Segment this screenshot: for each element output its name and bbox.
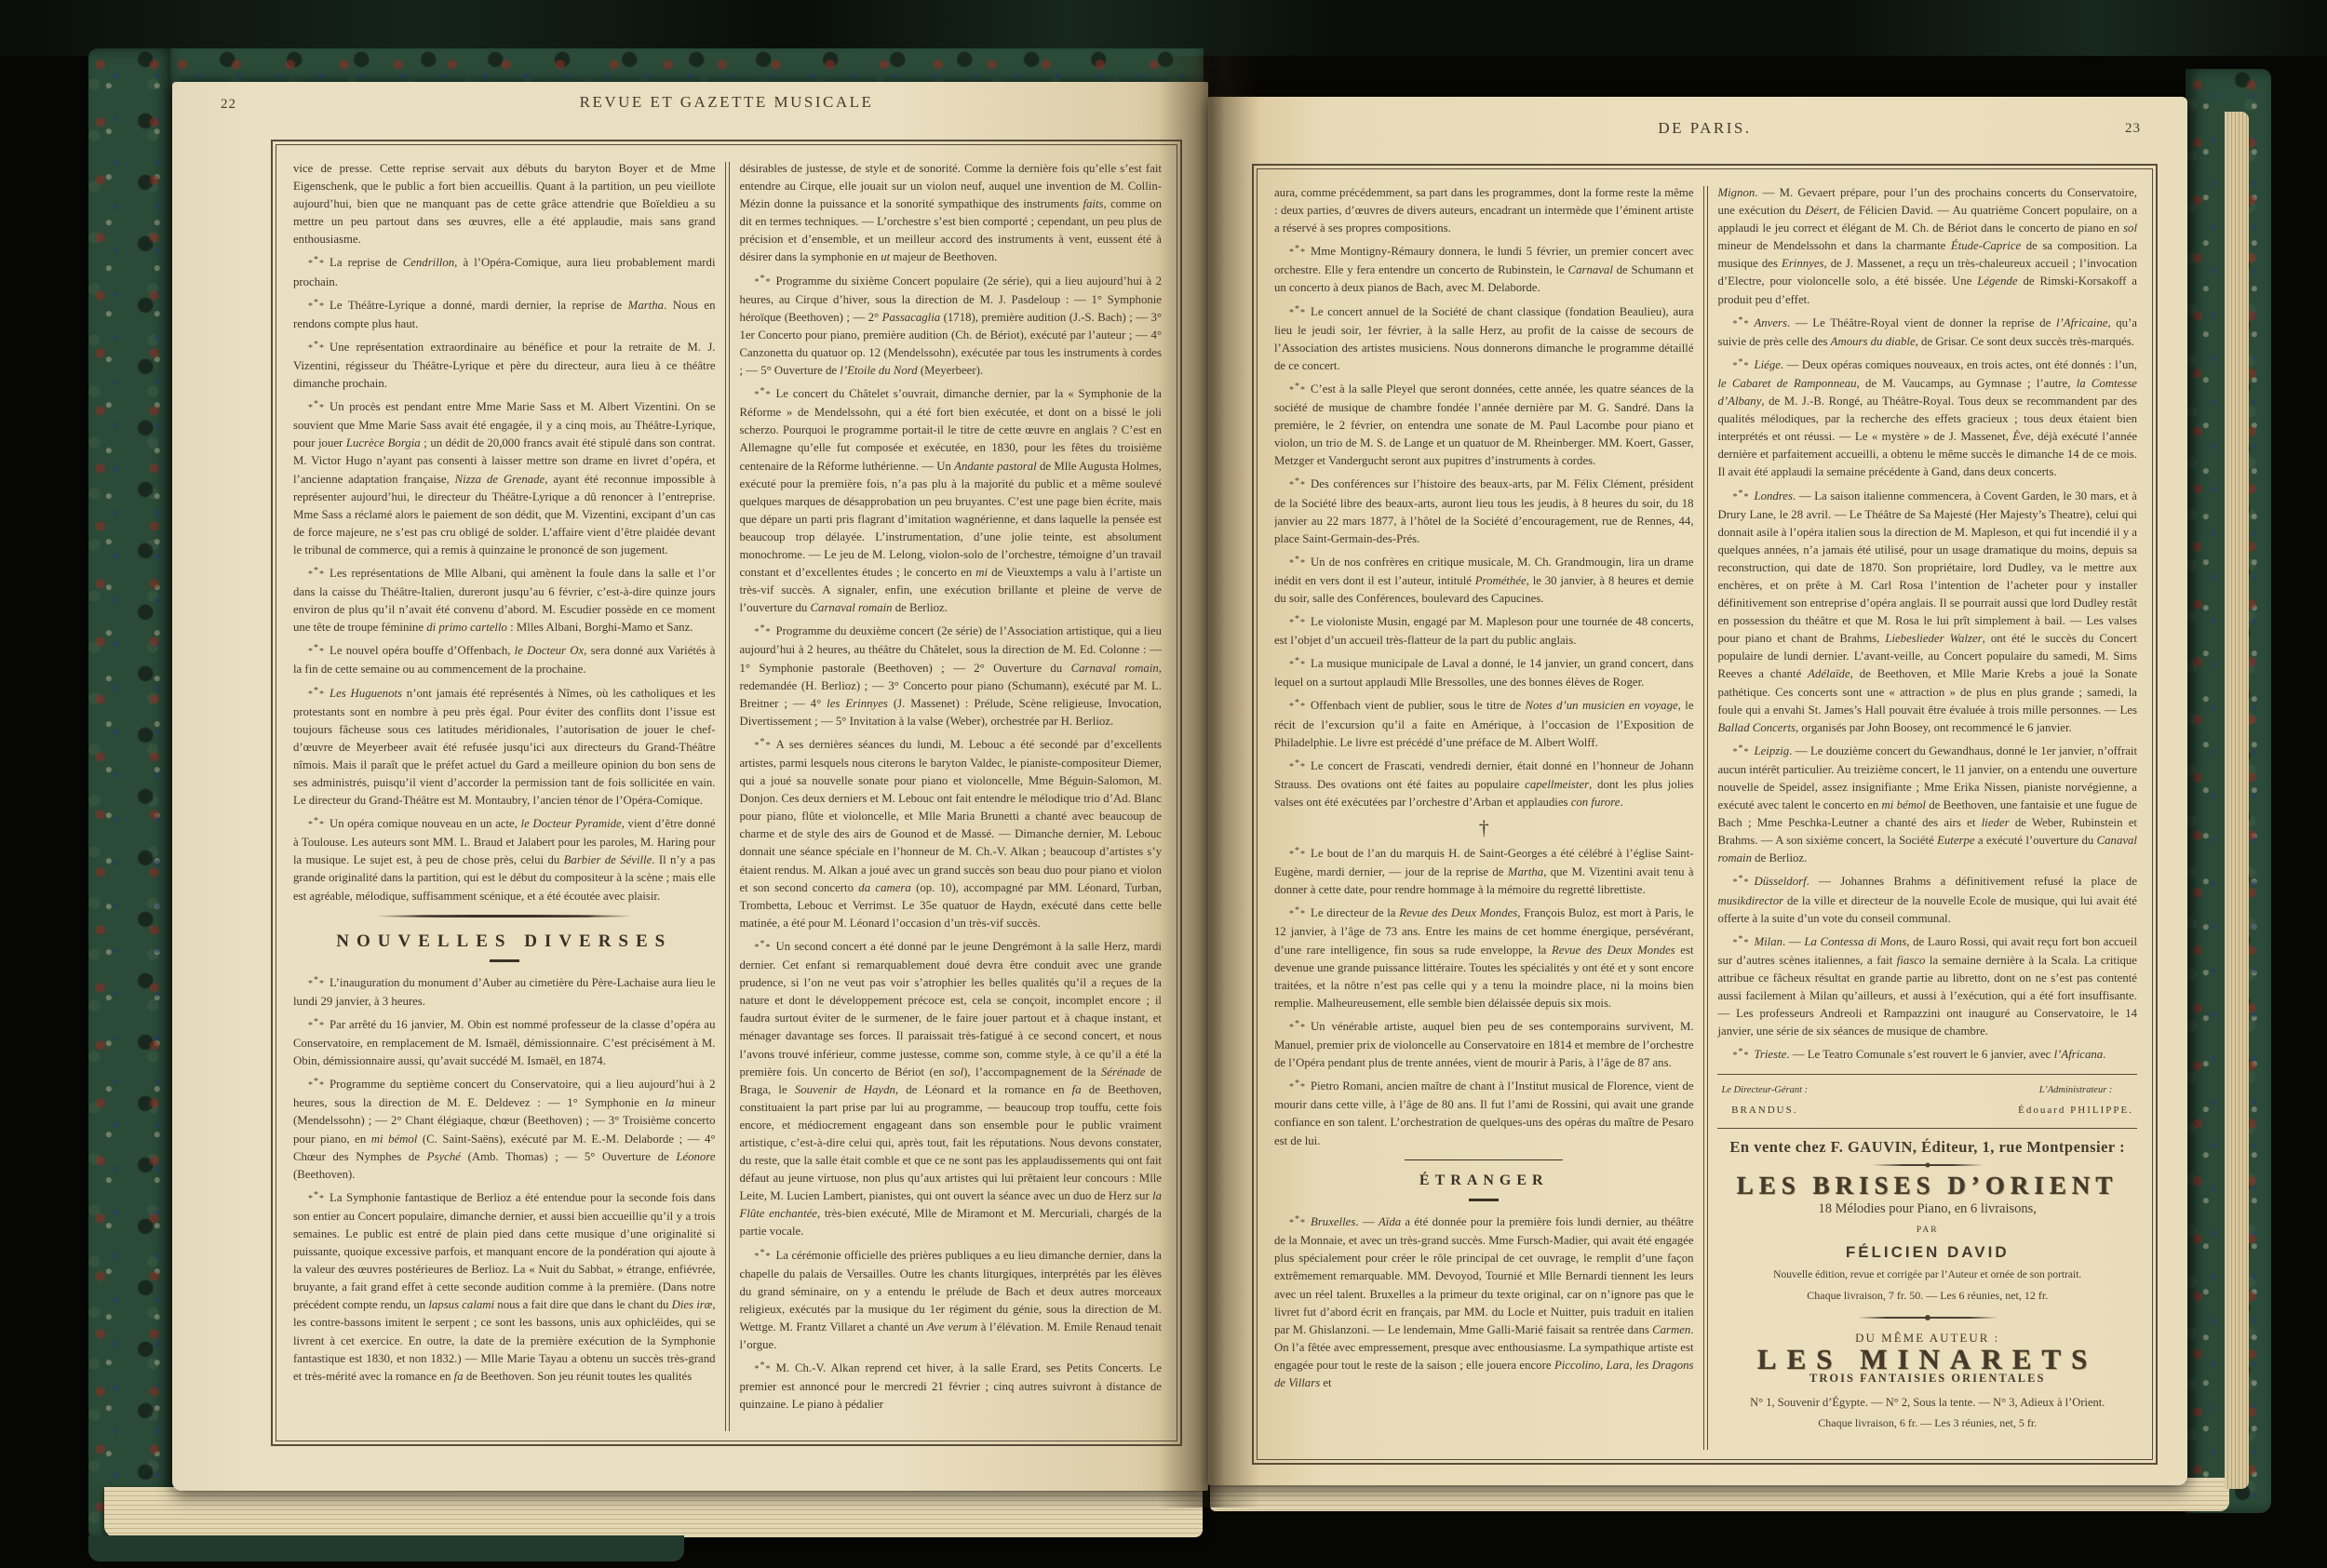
article-paragraph: ***L’inauguration du monument d’Auber au… — [293, 972, 716, 1011]
asterism-icon: *** — [754, 627, 771, 637]
article-paragraph: ***M. Ch.-V. Alkan reprend cet hiver, à … — [739, 1357, 1162, 1414]
asterism-icon: *** — [754, 1364, 771, 1374]
text-block-right: aura, comme précédemment, sa part dans l… — [1252, 164, 2158, 1465]
section-heading-etranger: ÉTRANGER — [1274, 1159, 1694, 1202]
ad-price-line-2: Chaque livraison, 6 fr. — Les 3 réunies,… — [1717, 1414, 2137, 1432]
asterism-icon: *** — [1289, 308, 1306, 318]
ad-subtitle-melodies: 18 Mélodies pour Piano, en 6 livraisons, — [1717, 1200, 2137, 1218]
section-title: NOUVELLES DIVERSES — [293, 932, 716, 950]
article-paragraph: ***Le concert de Frascati, vendredi dern… — [1274, 755, 1694, 811]
article-paragraph: désirables de justesse, de style et de s… — [739, 160, 1162, 267]
folio-number-right: 23 — [2125, 121, 2141, 137]
table-backdrop — [0, 0, 2327, 56]
heading-dash — [1469, 1199, 1499, 1201]
asterism-icon: *** — [1289, 480, 1306, 490]
asterism-icon: *** — [1732, 492, 1749, 503]
article-paragraph: ***Le directeur de la Revue des Deux Mon… — [1274, 902, 1694, 1012]
article-paragraph: ***Liége. — Deux opéras comiques nouveau… — [1717, 354, 2137, 482]
article-paragraph: ***Mme Montigny-Rémaury donnera, le lund… — [1274, 240, 1694, 297]
book-cover-bottom-edge — [88, 1535, 684, 1561]
article-paragraph: ***Milan. — La Contessa di Mons, de Laur… — [1717, 931, 2137, 1041]
obituary-cross-icon: † — [1274, 819, 1694, 837]
ad-price-line-1: Chaque livraison, 7 fr. 50. — Les 6 réun… — [1717, 1287, 2137, 1305]
article-paragraph: ***Leipzig. — Le douzième concert du Gew… — [1717, 740, 2137, 868]
ad-publisher-line: En vente chez F. GAUVIN, Éditeur, 1, rue… — [1717, 1138, 2137, 1156]
column-divider-rule — [725, 162, 731, 1431]
asterism-icon: *** — [1732, 878, 1749, 888]
article-paragraph: ***Anvers. — Le Théâtre-Royal vient de d… — [1717, 312, 2137, 351]
article-paragraph: ***La reprise de Cendrillon, à l’Opéra-C… — [293, 251, 716, 290]
asterism-icon: *** — [1289, 1023, 1306, 1033]
asterism-icon: *** — [308, 259, 325, 269]
article-paragraph: ***Les représentations de Mlle Albani, q… — [293, 562, 716, 637]
article-paragraph: ***Programme du deuxième concert (2e sér… — [739, 620, 1162, 730]
article-paragraph: ***Une représentation extraordinaire au … — [293, 336, 716, 393]
divider-ornament-icon — [1858, 1314, 1997, 1321]
asterism-icon: *** — [754, 741, 771, 751]
asterism-icon: *** — [308, 1021, 325, 1031]
asterism-icon: *** — [308, 979, 325, 989]
article-paragraph: ***Un vénérable artiste, auquel bien peu… — [1274, 1015, 1694, 1072]
asterism-icon: *** — [1289, 909, 1306, 919]
asterism-icon: *** — [1289, 618, 1306, 628]
asterism-icon: *** — [1289, 660, 1306, 670]
article-paragraph: ***Bruxelles. — Aïda a été donnée pour l… — [1274, 1211, 1694, 1392]
asterism-icon: *** — [1289, 1218, 1306, 1228]
article-paragraph: ***A ses dernières séances du lundi, M. … — [739, 733, 1162, 932]
article-paragraph: ***La musique municipale de Laval a donn… — [1274, 652, 1694, 691]
text-block-left: vice de presse. Cette reprise servait au… — [271, 140, 1182, 1446]
asterism-icon: *** — [308, 1194, 325, 1204]
article-paragraph: ***Le violoniste Musin, engagé par M. Ma… — [1274, 610, 1694, 650]
asterism-icon: *** — [754, 277, 771, 288]
asterism-icon: *** — [754, 943, 771, 953]
flourish-ornament-icon — [1872, 1162, 1984, 1168]
asterism-icon: *** — [308, 690, 325, 700]
running-title-left: REVUE ET GAZETTE MUSICALE — [271, 93, 1182, 112]
asterism-icon: *** — [1289, 850, 1306, 860]
article-paragraph: ***Un de nos confrères en critique music… — [1274, 551, 1694, 608]
short-rule — [1405, 1159, 1563, 1161]
asterism-icon: *** — [1289, 702, 1306, 712]
article-paragraph: ***Les Huguenots n’ont jamais été représ… — [293, 682, 716, 811]
article-paragraph: ***Un second concert a été donné par le … — [739, 935, 1162, 1241]
article-paragraph: Mignon. — M. Gevaert prépare, pour l’un … — [1717, 184, 2137, 309]
article-paragraph: ***Des conférences sur l’histoire des be… — [1274, 473, 1694, 547]
asterism-icon: *** — [1289, 1082, 1306, 1092]
asterism-icon: *** — [308, 343, 325, 354]
asterism-icon: *** — [1732, 747, 1749, 757]
article-paragraph: ***Le Théâtre-Lyrique a donné, mardi der… — [293, 294, 716, 333]
article-paragraph: ***Programme du septième concert du Cons… — [293, 1073, 716, 1184]
article-paragraph: ***Programme du sixième Concert populair… — [739, 270, 1162, 381]
asterism-icon: *** — [1732, 319, 1749, 329]
article-paragraph: ***Le bout de l’an du marquis H. de Sain… — [1274, 842, 1694, 899]
article-paragraph: vice de presse. Cette reprise servait au… — [293, 160, 716, 248]
article-paragraph: ***La cérémonie officielle des prières p… — [739, 1244, 1162, 1355]
advertisement-gauvin: En vente chez F. GAUVIN, Éditeur, 1, rue… — [1717, 1129, 2137, 1432]
asterism-icon: *** — [1732, 1051, 1749, 1061]
page-edges-fore-edge — [2225, 112, 2249, 1489]
asterism-icon: *** — [1289, 248, 1306, 258]
ad-author-felicien-david: FÉLICIEN DAVID — [1717, 1243, 2137, 1261]
article-paragraph: ***Le concert annuel de la Société de ch… — [1274, 301, 1694, 375]
asterism-icon: *** — [1732, 361, 1749, 371]
book-cover-left-marbled — [88, 48, 174, 1541]
ad-title-les-minarets: LES MINARETS — [1717, 1350, 2137, 1368]
asterism-icon: *** — [1289, 762, 1306, 772]
article-paragraph: ***Le nouvel opéra bouffe d’Offenbach, l… — [293, 639, 716, 678]
article-paragraph: ***Pietro Romani, ancien maître de chant… — [1274, 1075, 1694, 1149]
article-paragraph: ***Londres. — La saison italienne commen… — [1717, 485, 2137, 737]
article-paragraph: ***Trieste. — Le Teatro Comunale s’est r… — [1717, 1043, 2137, 1065]
ad-numbers-line: N° 1, Souvenir d’Égypte. — N° 2, Sous la… — [1717, 1394, 2137, 1412]
article-paragraph: ***Un procès est pendant entre Mme Marie… — [293, 395, 716, 559]
director-name: BRANDUS. — [1721, 1102, 1808, 1119]
article-paragraph: ***Offenbach vient de publier, sous le t… — [1274, 694, 1694, 751]
asterism-icon: *** — [754, 390, 771, 400]
asterism-icon: *** — [308, 647, 325, 657]
administrator-block: L’Administrateur : Édouard PHILIPPE. — [2018, 1081, 2133, 1119]
asterism-icon: *** — [754, 1252, 771, 1262]
page23-column-2-articles: Mignon. — M. Gevaert prépare, pour l’un … — [1717, 184, 2137, 1065]
asterism-icon: *** — [308, 403, 325, 413]
heading-dash — [490, 959, 519, 962]
page-22: 22 REVUE ET GAZETTE MUSICALE vice de pre… — [172, 82, 1208, 1491]
administrator-label: L’Administrateur : — [2018, 1081, 2133, 1099]
running-title-right: DE PARIS. — [1252, 119, 2158, 138]
section-heading-nouvelles-diverses: NOUVELLES DIVERSES — [293, 915, 716, 962]
column-divider-rule — [1703, 186, 1709, 1450]
director-block: Le Directeur-Gérant : BRANDUS. — [1721, 1081, 1808, 1119]
page23-column-1: aura, comme précédemment, sa part dans l… — [1274, 184, 1694, 1437]
ad-title-les-brises-dorient: LES BRISES D’ORIENT — [1717, 1177, 2137, 1195]
tapered-rule — [373, 915, 635, 918]
asterism-icon: *** — [308, 1080, 325, 1091]
page23-column-2: Mignon. — M. Gevaert prépare, pour l’un … — [1717, 184, 2137, 1437]
page-edges-bottom-left — [104, 1487, 1203, 1537]
page-23: DE PARIS. 23 aura, comme précédemment, s… — [1208, 97, 2187, 1485]
ad-edition-note: Nouvelle édition, revue et corrigée par … — [1717, 1266, 2137, 1284]
director-label: Le Directeur-Gérant : — [1721, 1081, 1808, 1099]
folio-number-left: 22 — [221, 97, 236, 113]
asterism-icon: *** — [1289, 558, 1306, 569]
article-paragraph: ***La Symphonie fantastique de Berlioz a… — [293, 1186, 716, 1386]
article-paragraph: ***C’est à la salle Pleyel que seront do… — [1274, 378, 1694, 470]
asterism-icon: *** — [1732, 938, 1749, 948]
masthead-signature-block: Le Directeur-Gérant : BRANDUS. L’Adminis… — [1717, 1074, 2137, 1128]
article-paragraph: ***Un opéra comique nouveau en un acte, … — [293, 812, 716, 905]
article-paragraph: ***Le concert du Châtelet s’ouvrait, dim… — [739, 382, 1162, 617]
article-paragraph: ***Par arrêté du 16 janvier, M. Obin est… — [293, 1013, 716, 1070]
asterism-icon: *** — [308, 302, 325, 312]
asterism-icon: *** — [308, 820, 325, 830]
asterism-icon: *** — [308, 570, 325, 580]
asterism-icon: *** — [1289, 385, 1306, 395]
page22-column-2: désirables de justesse, de style et de s… — [739, 160, 1162, 1418]
article-paragraph: ***Düsseldorf. — Johannes Brahms a défin… — [1717, 870, 2137, 927]
page22-column-1: vice de presse. Cette reprise servait au… — [293, 160, 716, 1418]
administrator-name: Édouard PHILIPPE. — [2018, 1102, 2133, 1119]
section-title: ÉTRANGER — [1274, 1172, 1694, 1189]
article-paragraph: aura, comme précédemment, sa part dans l… — [1274, 184, 1694, 237]
ad-par-label: PAR — [1717, 1222, 2137, 1240]
